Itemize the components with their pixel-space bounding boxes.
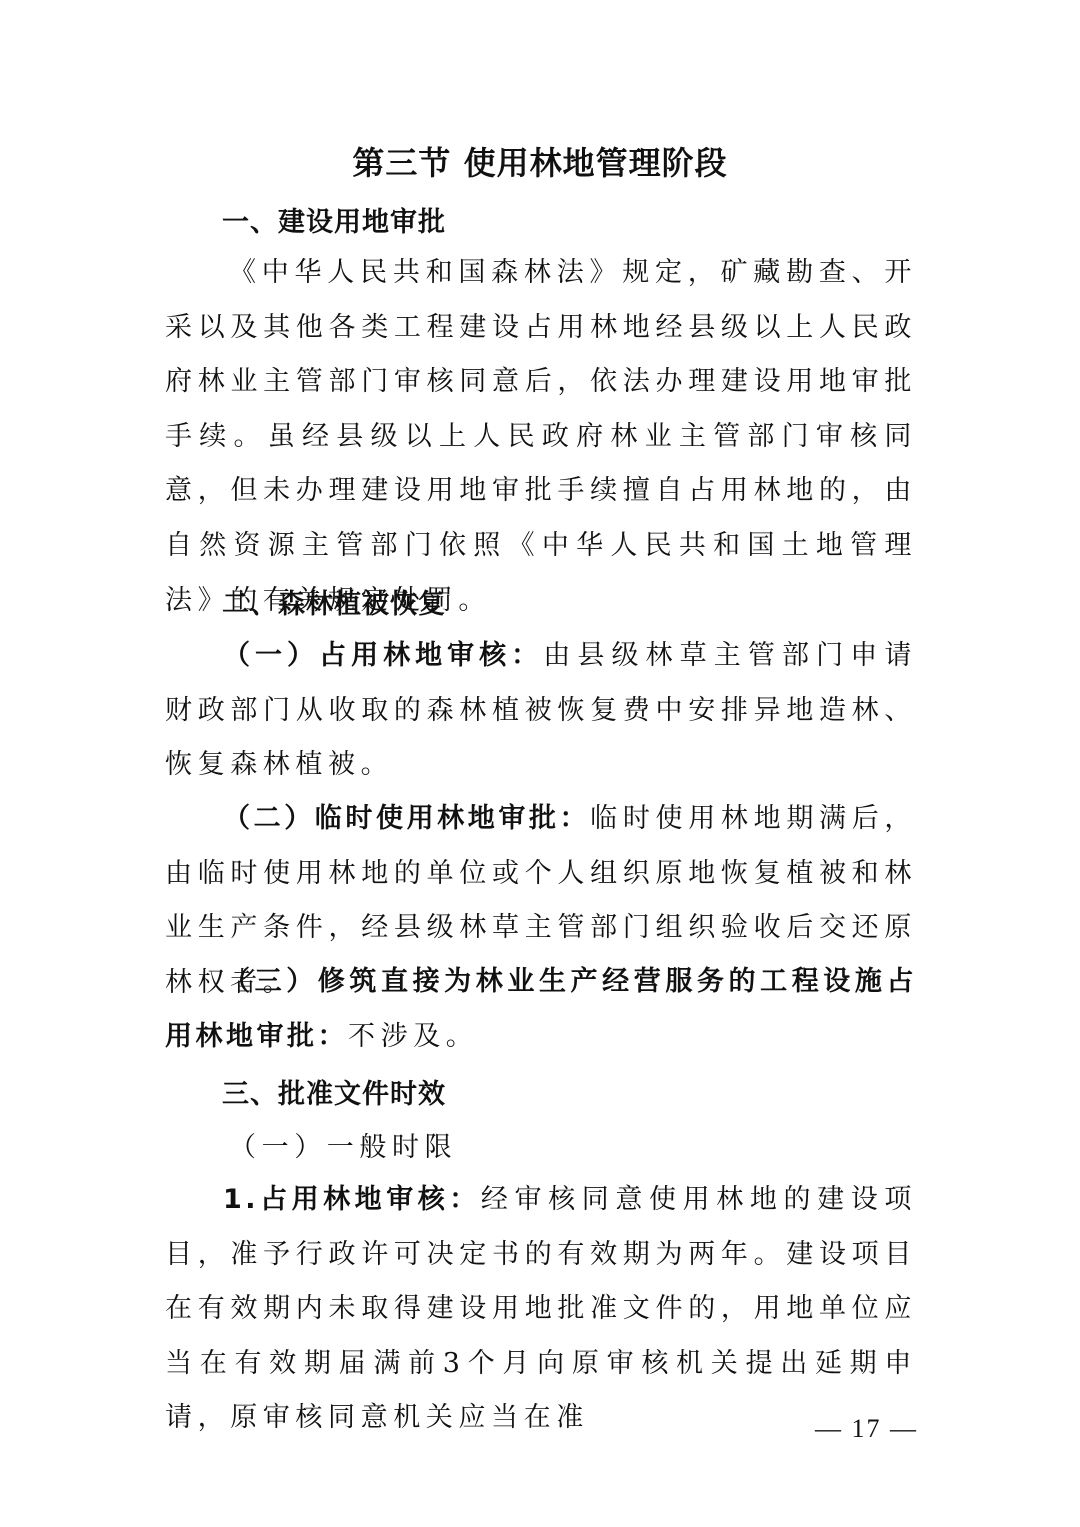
document-page: 第三节 使用林地管理阶段 一、建设用地审批 《中华人民共和国森林法》规定，矿藏勘…: [0, 0, 1080, 1527]
heading-approval-validity: 三、批准文件时效: [222, 1072, 446, 1111]
page-number: — 17 —: [815, 1414, 918, 1444]
item-text: 经审核同意使用林地的建设项目，准予行政许可决定书的有效期为两年。建设项目在有效期…: [165, 1184, 917, 1433]
heading-forest-vegetation-restoration: 二、森林植被恢复: [222, 582, 446, 621]
subheading-general-time-limit: （一）一般时限: [229, 1125, 457, 1164]
item-occupy-review-validity: 1.占用林地审核：经审核同意使用林地的建设项目，准予行政许可决定书的有效期为两年…: [165, 1173, 917, 1446]
heading-construction-land-approval: 一、建设用地审批: [222, 200, 446, 239]
item-occupy-forest-land-review: （一）占用林地审核：由县级林草主管部门申请财政部门从收取的森林植被恢复费中安排异…: [165, 629, 917, 793]
item-label: （一）占用林地审核：: [223, 640, 543, 671]
item-label: （二）临时使用林地审批：: [223, 803, 590, 834]
item-label: 1.占用林地审核：: [223, 1184, 481, 1215]
item-forestry-facilities-approval: （三）修筑直接为林业生产经营服务的工程设施占用林地审批：不涉及。: [165, 955, 917, 1064]
item-text: 不涉及。: [348, 1021, 478, 1052]
item-label: （三）修筑直接为林业生产经营服务的工程设施占用林地审批：: [165, 966, 917, 1052]
paragraph-forest-law: 《中华人民共和国森林法》规定，矿藏勘查、开采以及其他各类工程建设占用林地经县级以…: [165, 246, 917, 628]
section-title: 第三节 使用林地管理阶段: [0, 138, 1080, 184]
